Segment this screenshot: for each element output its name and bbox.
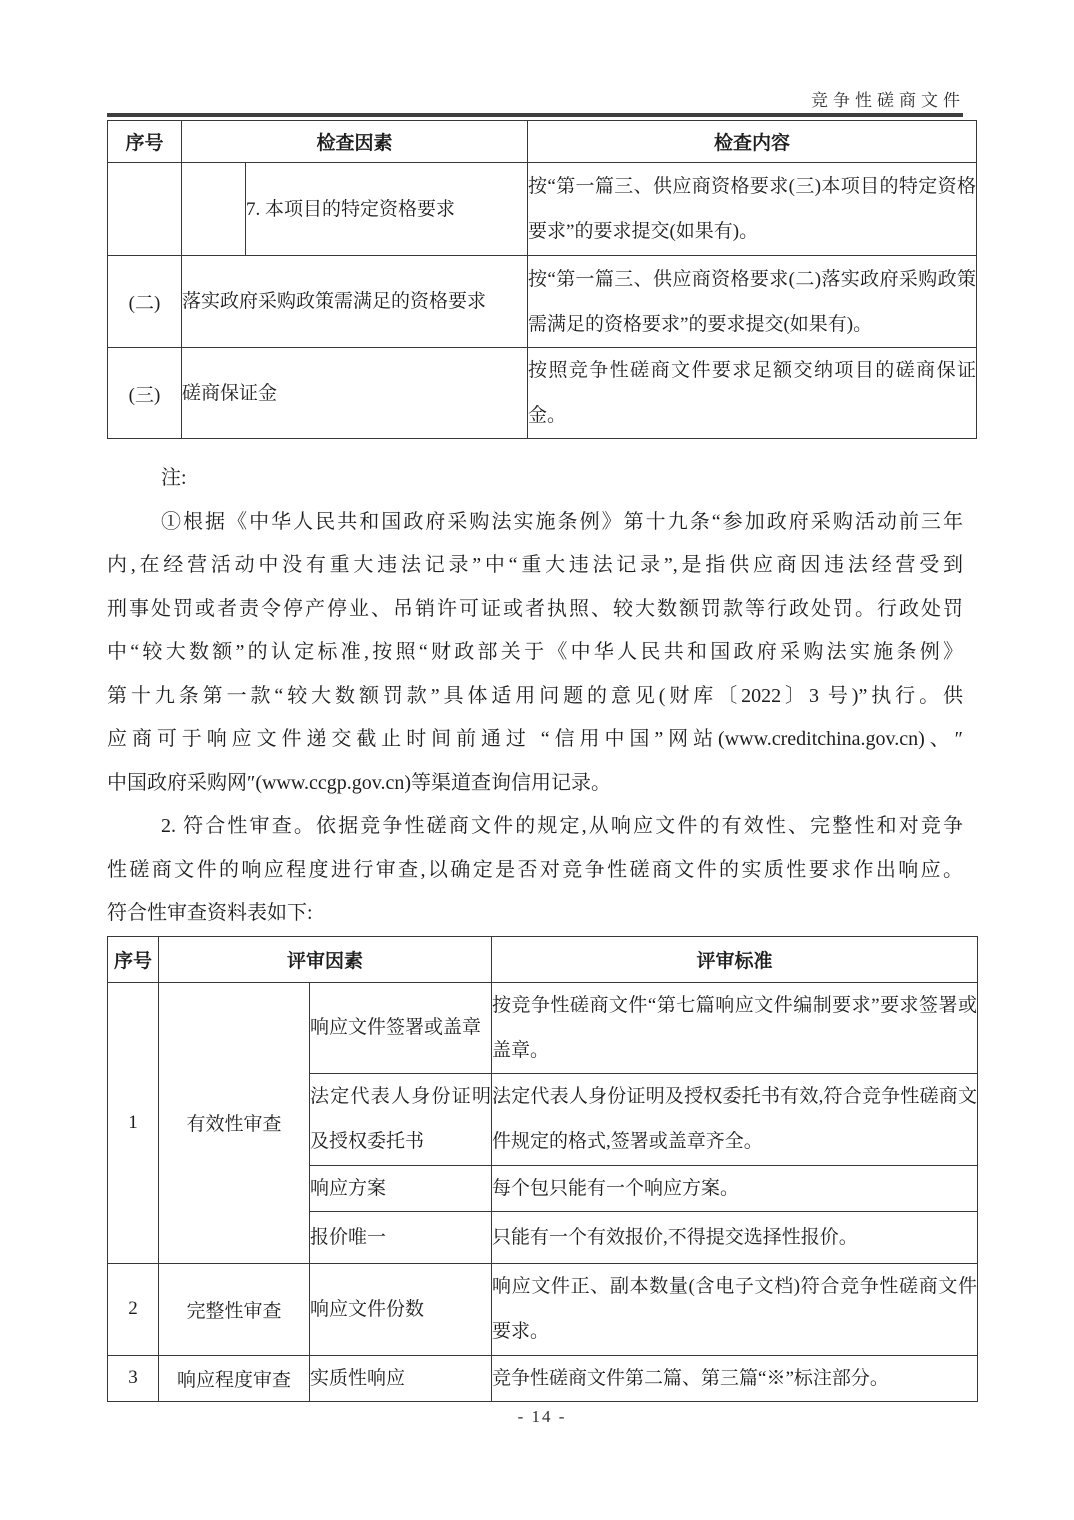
table-row: 2 完整性审查 响应文件份数 响应文件正、副本数量(含电子文档)符合竞争性磋商文… — [108, 1263, 978, 1355]
review-row2-factor: 响应文件份数 — [310, 1263, 492, 1355]
review-table: 序号 评审因素 评审标准 1 有效性审查 响应文件签署或盖章 按竞争性磋商文件“… — [107, 936, 978, 1402]
paragraph-line: 中国政府采购网″(www.ccgp.gov.cn)等渠道查询信用记录。 — [107, 762, 963, 806]
review-row3-no: 3 — [108, 1355, 159, 1401]
review-row3-category: 响应程度审查 — [159, 1355, 310, 1401]
check-row1-content: 按“第一篇三、供应商资格要求(三)本项目的特定资格要求”的要求提交(如果有)。 — [528, 163, 977, 256]
table-row: 1 有效性审查 响应文件签署或盖章 按竞争性磋商文件“第七篇响应文件编制要求”要… — [108, 982, 978, 1073]
review-item4-standard: 只能有一个有效报价,不得提交选择性报价。 — [492, 1211, 978, 1263]
page-number: - 14 - — [107, 1407, 977, 1427]
note-paragraph-2: 2. 符合性审查。依据竞争性磋商文件的规定,从响应文件的有效性、完整性和对竞争性… — [107, 805, 963, 936]
check-row2-factor: 落实政府采购政策需满足的资格要求 — [182, 256, 528, 348]
review-header-standard: 评审标准 — [492, 936, 978, 982]
review-item3-factor: 响应方案 — [310, 1165, 492, 1211]
check-row2-content: 按“第一篇三、供应商资格要求(二)落实政府采购政策需满足的资格要求”的要求提交(… — [528, 256, 977, 348]
check-table: 序号 检查因素 检查内容 7. 本项目的特定资格要求 按“第一篇三、供应商资格要… — [107, 120, 977, 439]
review-header-factor: 评审因素 — [159, 936, 492, 982]
header-rule — [107, 113, 963, 117]
review-item4-factor: 报价唯一 — [310, 1211, 492, 1263]
review-group1-no: 1 — [108, 982, 159, 1263]
page-content: 序号 检查因素 检查内容 7. 本项目的特定资格要求 按“第一篇三、供应商资格要… — [107, 120, 977, 1427]
review-item1-factor: 响应文件签署或盖章 — [310, 982, 492, 1073]
check-row3-no: (三) — [108, 348, 182, 439]
review-header-no: 序号 — [108, 936, 159, 982]
paragraph-line: 第十九条第一款“较大数额罚款”具体适用问题的意见(财库〔2022〕3 号)”执行… — [107, 675, 963, 719]
review-row2-category: 完整性审查 — [159, 1263, 310, 1355]
note-label: 注: — [107, 457, 963, 501]
note-paragraph-1: ①根据《中华人民共和国政府采购法实施条例》第十九条“参加政府采购活动前三年内,在… — [107, 501, 963, 806]
review-row2-no: 2 — [108, 1263, 159, 1355]
page-header-title: 竞争性磋商文件 — [811, 86, 965, 111]
paragraph-line: 应商可于响应文件递交截止时间前通过 “信用中国”网站(www.creditchi… — [107, 718, 963, 762]
check-row1-subcell — [182, 163, 246, 256]
table-row: 7. 本项目的特定资格要求 按“第一篇三、供应商资格要求(三)本项目的特定资格要… — [108, 163, 977, 256]
check-row3-factor: 磋商保证金 — [182, 348, 528, 439]
check-table-header-row: 序号 检查因素 检查内容 — [108, 121, 977, 163]
review-item2-standard: 法定代表人身份证明及授权委托书有效,符合竞争性磋商文件规定的格式,签署或盖章齐全… — [492, 1073, 978, 1165]
table-row: (二) 落实政府采购政策需满足的资格要求 按“第一篇三、供应商资格要求(二)落实… — [108, 256, 977, 348]
review-row3-factor: 实质性响应 — [310, 1355, 492, 1401]
review-group1-category: 有效性审查 — [159, 982, 310, 1263]
table-row: (三) 磋商保证金 按照竞争性磋商文件要求足额交纳项目的磋商保证金。 — [108, 348, 977, 439]
check-row3-content: 按照竞争性磋商文件要求足额交纳项目的磋商保证金。 — [528, 348, 977, 439]
check-header-factor: 检查因素 — [182, 121, 528, 163]
review-item1-standard: 按竞争性磋商文件“第七篇响应文件编制要求”要求签署或盖章。 — [492, 982, 978, 1073]
paragraph-line: 2. 符合性审查。依据竞争性磋商文件的规定,从响应文件的有效性、完整性和对竞争 — [107, 805, 963, 849]
paragraph-line: 中“较大数额”的认定标准,按照“财政部关于《中华人民共和国政府采购法实施条例》 — [107, 631, 963, 675]
review-item2-factor: 法定代表人身份证明及授权委托书 — [310, 1073, 492, 1165]
check-header-no: 序号 — [108, 121, 182, 163]
check-row2-no: (二) — [108, 256, 182, 348]
paragraph-line: 符合性审查资料表如下: — [107, 892, 963, 936]
check-row1-no — [108, 163, 182, 256]
review-row3-standard: 竞争性磋商文件第二篇、第三篇“※”标注部分。 — [492, 1355, 978, 1401]
check-row1-factor: 7. 本项目的特定资格要求 — [246, 163, 528, 256]
document-page: 竞争性磋商文件 序号 检查因素 检查内容 7. 本项目的特定资格要求 按“第一篇… — [0, 0, 1074, 1520]
table-row: 3 响应程度审查 实质性响应 竞争性磋商文件第二篇、第三篇“※”标注部分。 — [108, 1355, 978, 1401]
check-header-content: 检查内容 — [528, 121, 977, 163]
review-item3-standard: 每个包只能有一个响应方案。 — [492, 1165, 978, 1211]
paragraph-line: 内,在经营活动中没有重大违法记录”中“重大违法记录”,是指供应商因违法经营受到 — [107, 544, 963, 588]
review-table-header-row: 序号 评审因素 评审标准 — [108, 936, 978, 982]
paragraph-line: 刑事处罚或者责令停产停业、吊销许可证或者执照、较大数额罚款等行政处罚。行政处罚 — [107, 588, 963, 632]
note-block: 注: ①根据《中华人民共和国政府采购法实施条例》第十九条“参加政府采购活动前三年… — [107, 457, 963, 936]
review-row2-standard: 响应文件正、副本数量(含电子文档)符合竞争性磋商文件要求。 — [492, 1263, 978, 1355]
paragraph-line: 性磋商文件的响应程度进行审查,以确定是否对竞争性磋商文件的实质性要求作出响应。 — [107, 849, 963, 893]
paragraph-line: ①根据《中华人民共和国政府采购法实施条例》第十九条“参加政府采购活动前三年 — [107, 501, 963, 545]
